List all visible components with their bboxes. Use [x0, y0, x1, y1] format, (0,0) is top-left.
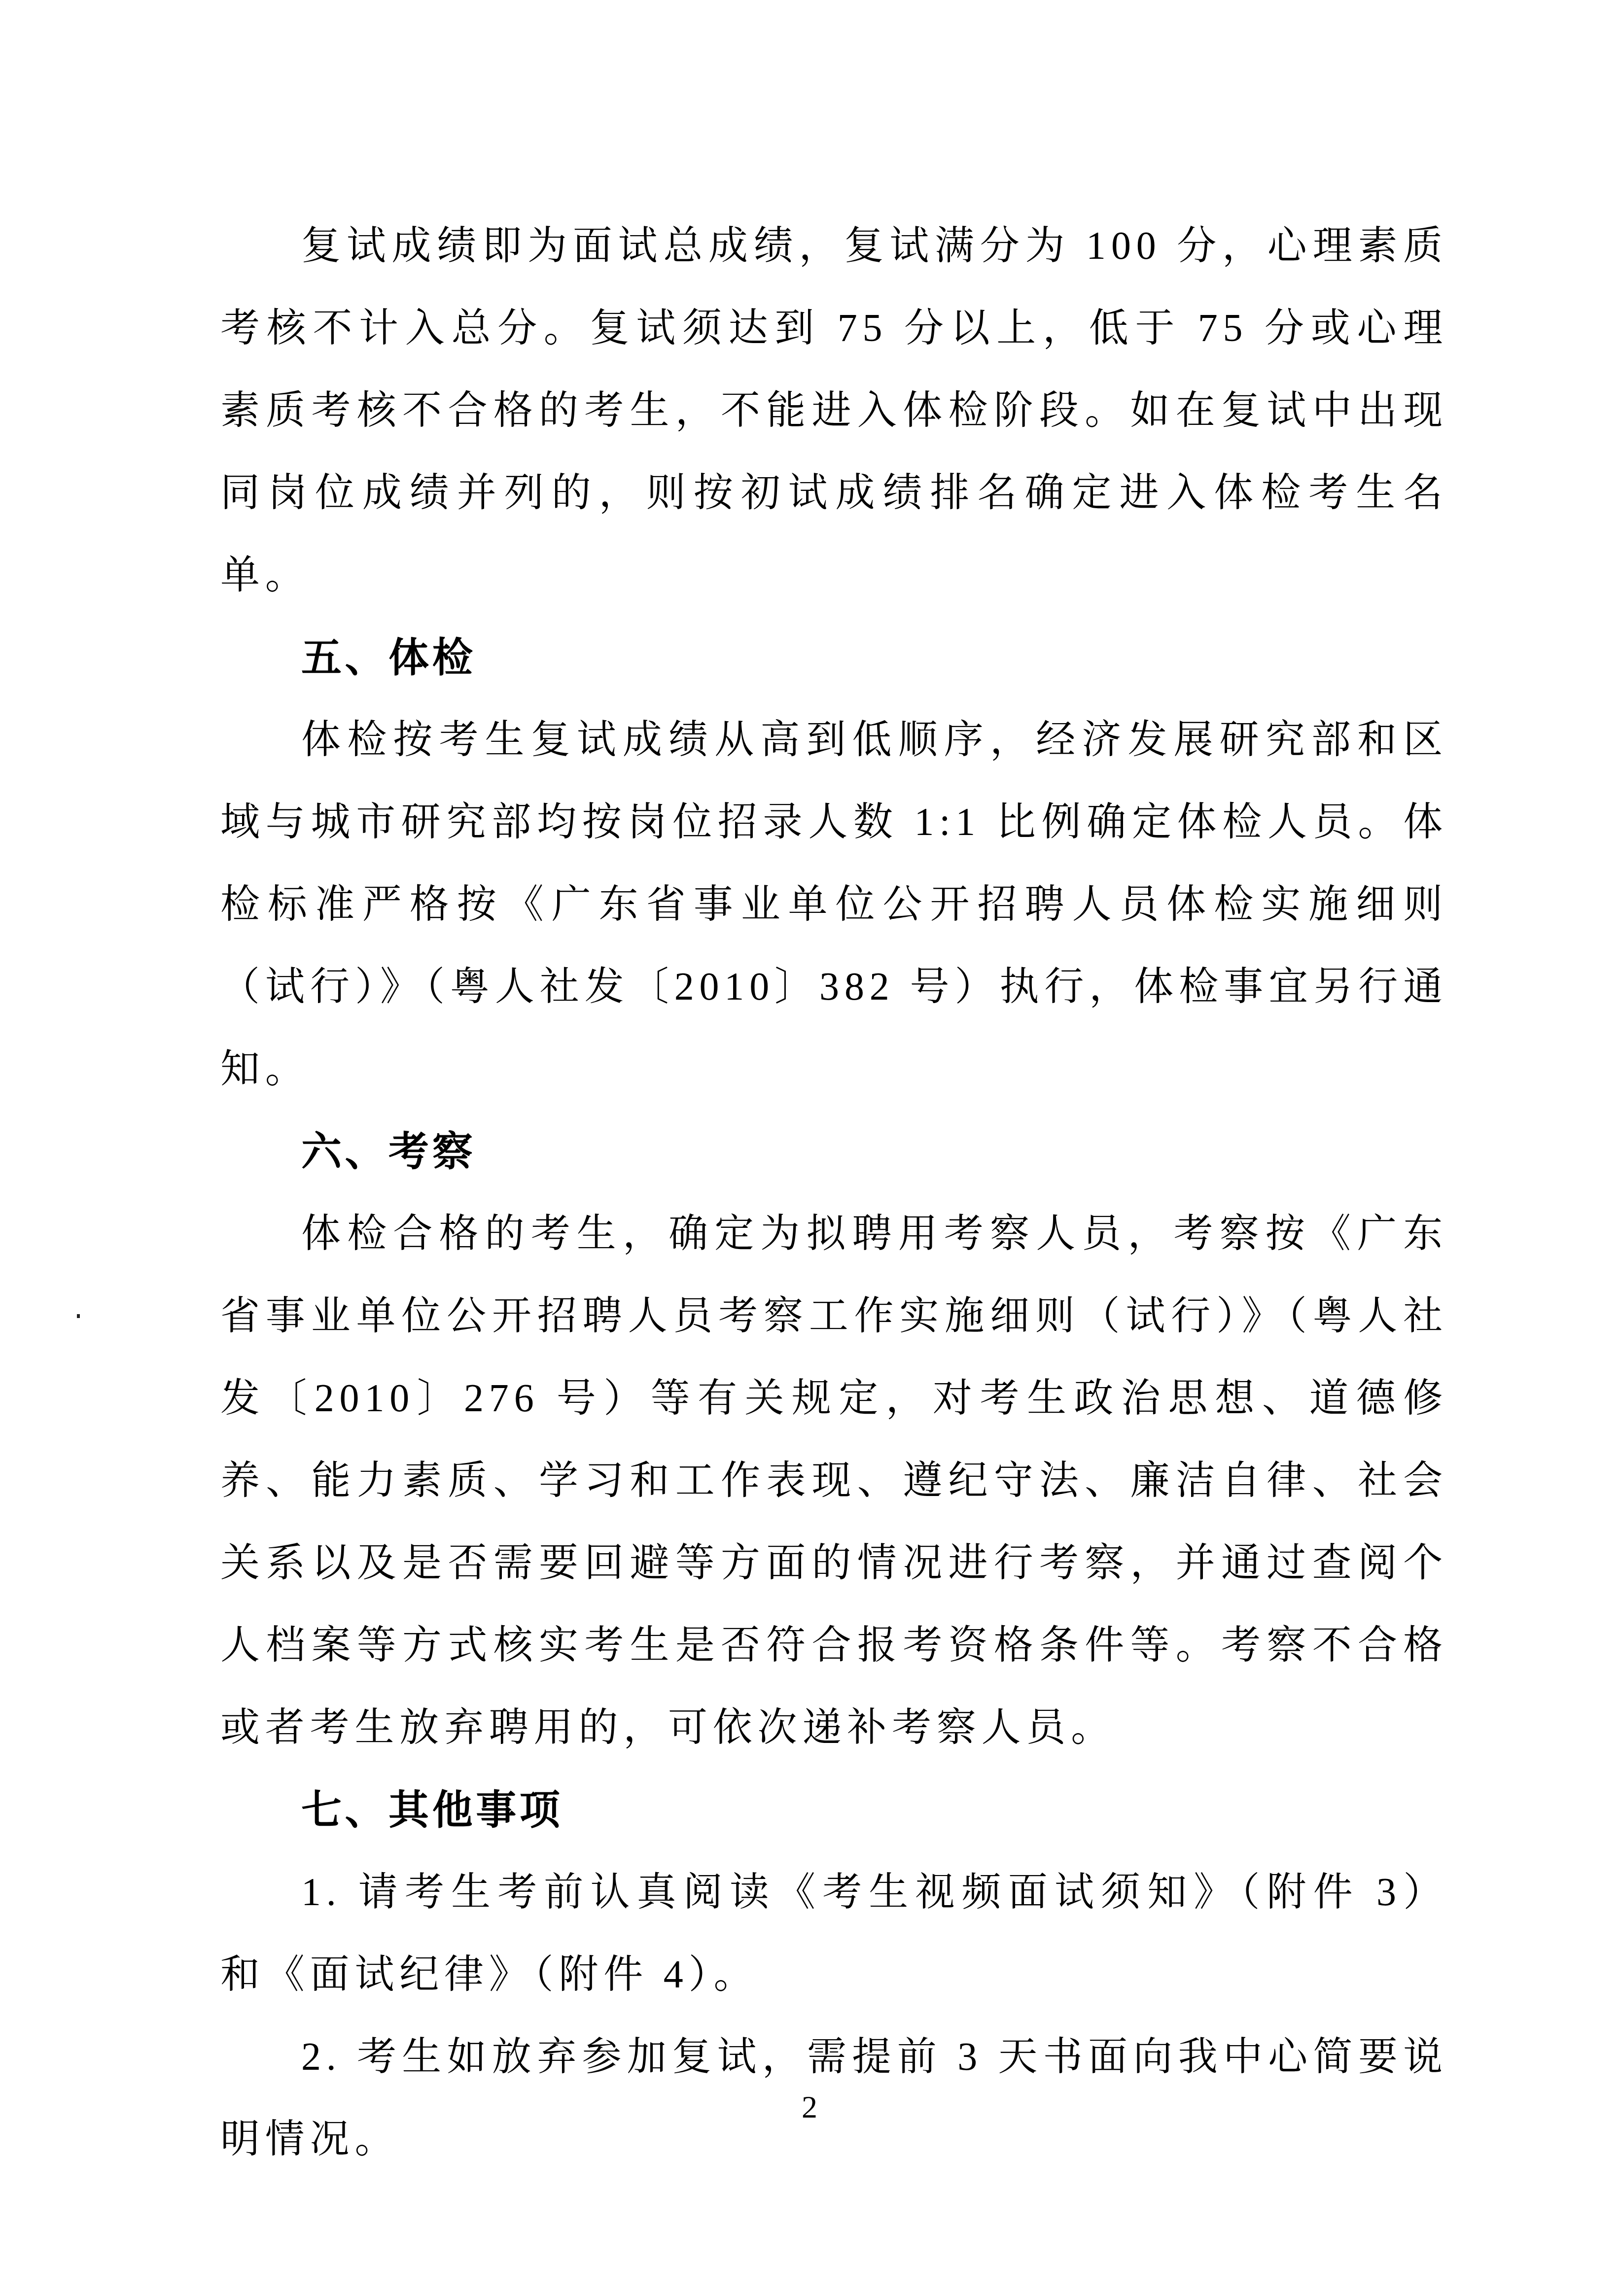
paragraph-other-matters-item-1: 1. 请考生考前认真阅读《考生视频面试须知》（附件 3）和《面试纪律》（附件 4…	[220, 1851, 1448, 2016]
scan-speck-artifact	[77, 1314, 80, 1318]
paragraph-inspection-details: 体检合格的考生，确定为拟聘用考察人员，考察按《广东省事业单位公开招聘人员考察工作…	[220, 1193, 1448, 1769]
document-body: 复试成绩即为面试总成绩，复试满分为 100 分，心理素质考核不计入总分。复试须达…	[220, 205, 1448, 2181]
paragraph-physical-exam-details: 体检按考生复试成绩从高到低顺序，经济发展研究部和区域与城市研究部均按岗位招录人数…	[220, 699, 1448, 1111]
heading-section-7-other-matters: 七、其他事项	[220, 1769, 1448, 1851]
document-page: 复试成绩即为面试总成绩，复试满分为 100 分，心理素质考核不计入总分。复试须达…	[0, 0, 1619, 2296]
paragraph-retest-score-rules: 复试成绩即为面试总成绩，复试满分为 100 分，心理素质考核不计入总分。复试须达…	[220, 205, 1448, 617]
heading-section-5-physical-exam: 五、体检	[220, 617, 1448, 699]
page-number: 2	[0, 2085, 1619, 2129]
heading-section-6-inspection: 六、考察	[220, 1111, 1448, 1193]
